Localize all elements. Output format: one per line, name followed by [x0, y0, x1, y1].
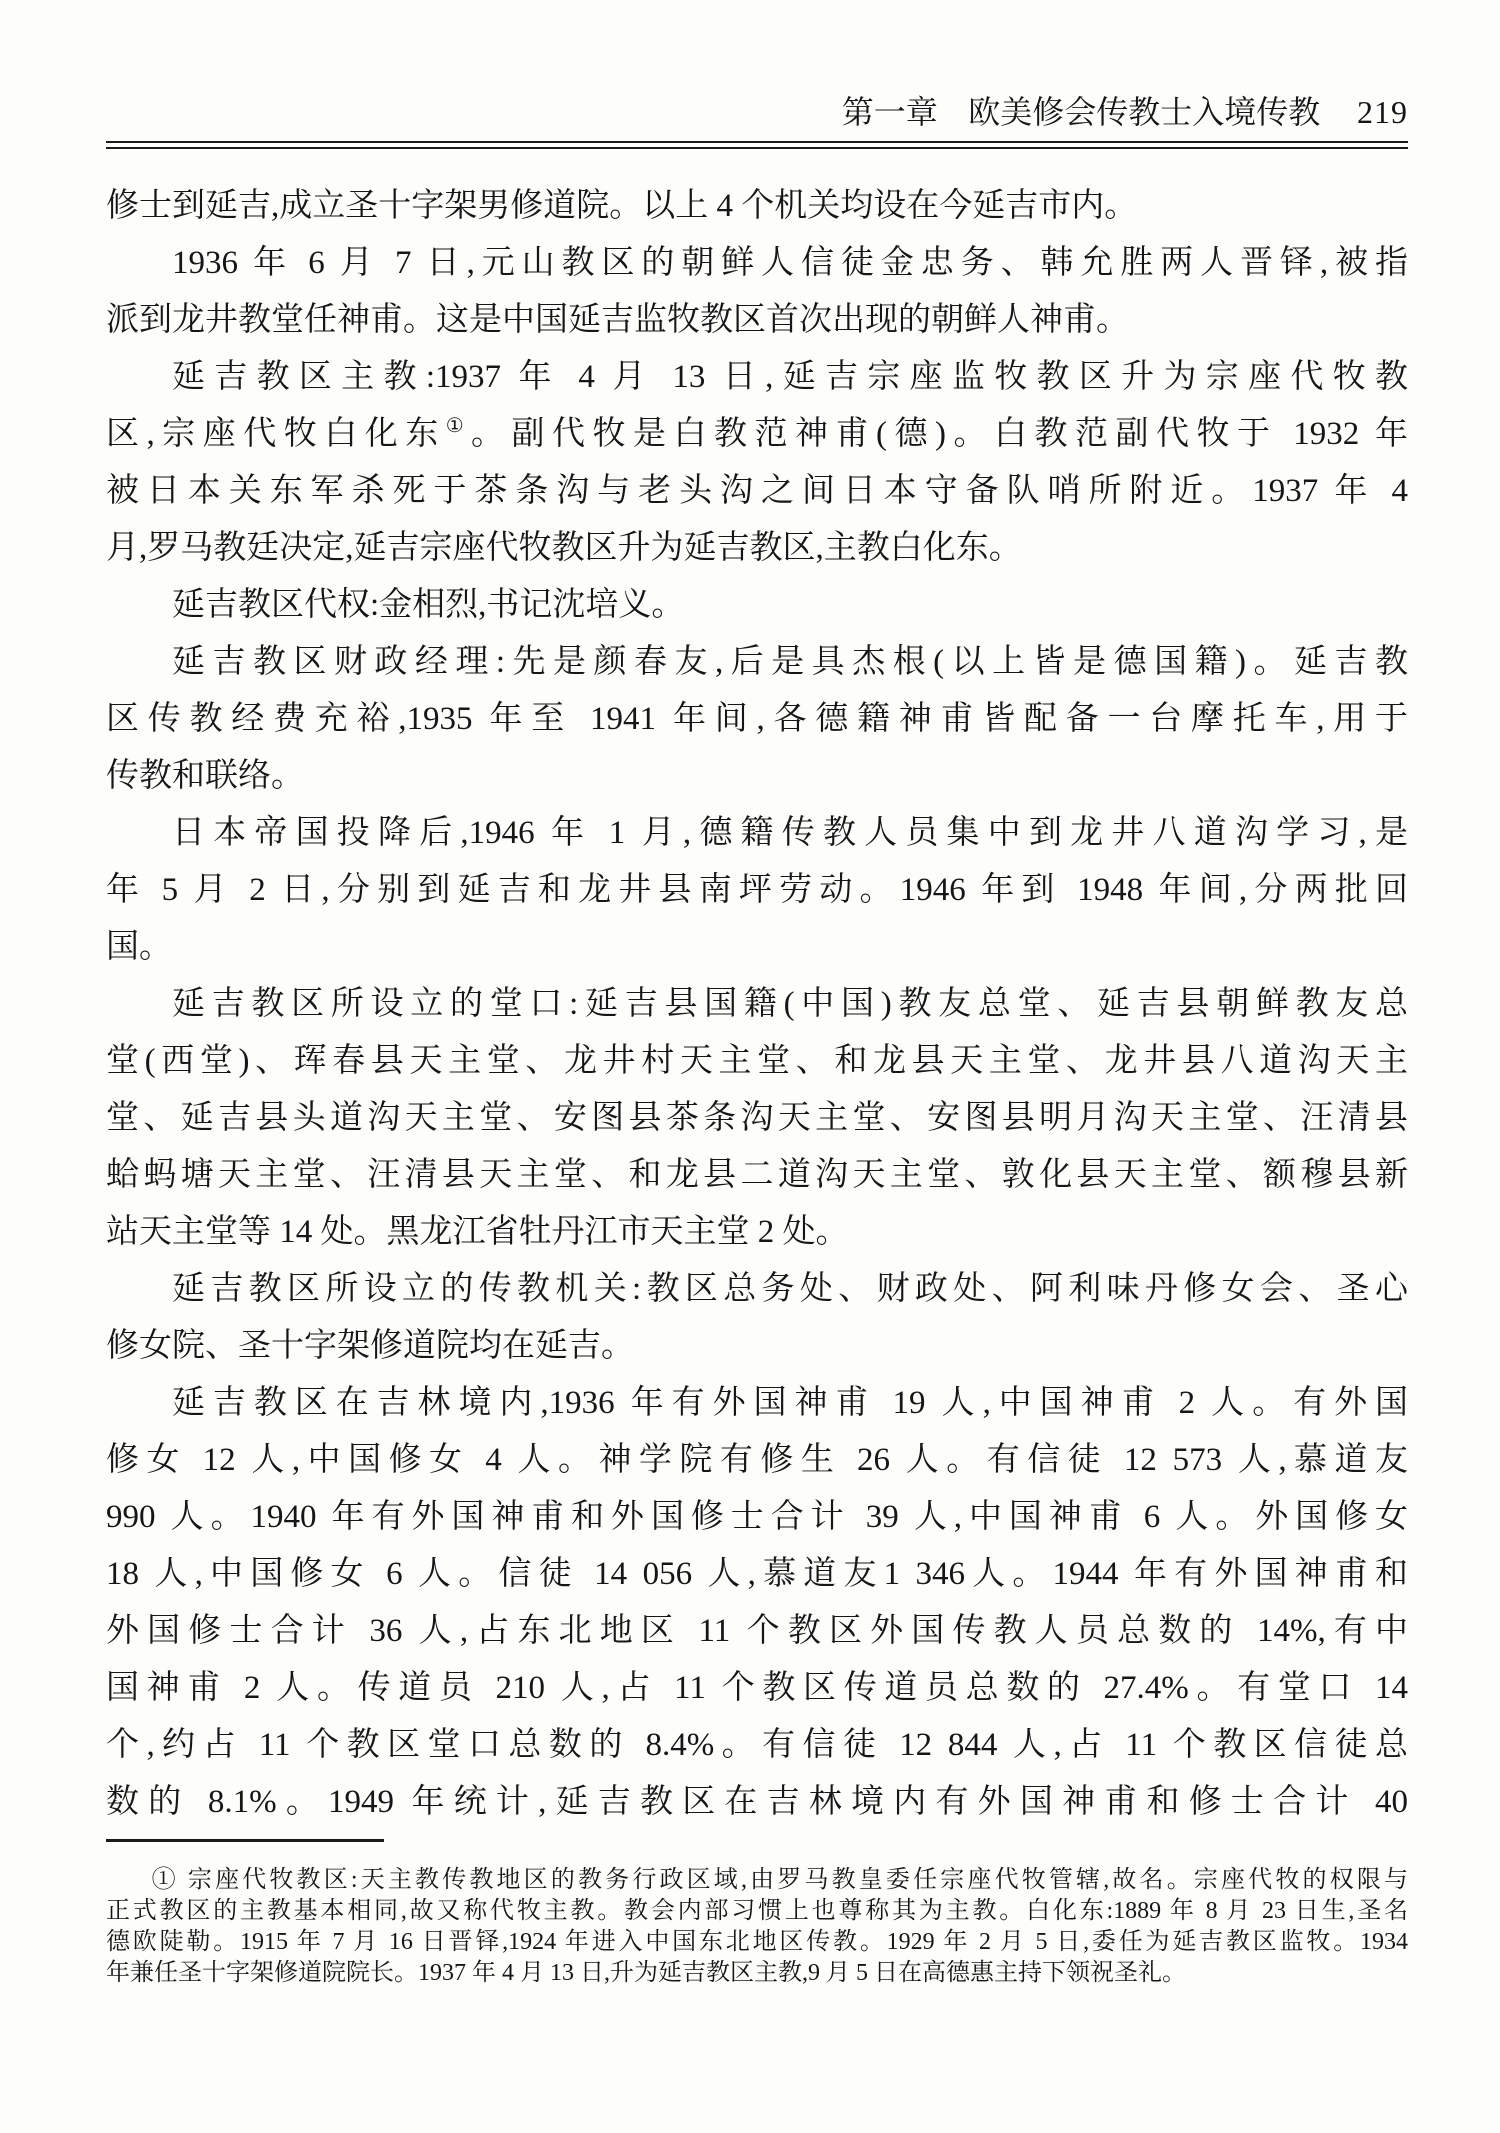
body-line: 修士到延吉,成立圣十字架男修道院。以上 4 个机关均设在今延吉市内。 [106, 178, 1408, 235]
page-number: 219 [1357, 94, 1408, 130]
body-line: 延吉教区财政经理:先是颜春友,后是具杰根(以上皆是德国籍)。延吉教 [106, 634, 1408, 691]
body-line: 区,宗座代牧白化东①。副代牧是白教范神甫(德)。白教范副代牧于 1932 年 [106, 406, 1408, 463]
body-line: 个,约占 11 个教区堂口总数的 8.4%。有信徒 12 844 人,占 11 … [106, 1717, 1408, 1774]
body-line: 国。 [106, 919, 1408, 976]
body-line: 修女院、圣十字架修道院均在延吉。 [106, 1318, 1408, 1375]
footnote-reference-marker: ① [446, 415, 471, 437]
running-header: 第一章欧美修会传教士入境传教219 [106, 0, 1408, 132]
body-line: 延吉教区所设立的传教机关:教区总务处、财政处、阿利味丹修女会、圣心 [106, 1261, 1408, 1318]
body-line: 堂(西堂)、珲春县天主堂、龙井村天主堂、和龙县天主堂、龙井县八道沟天主 [106, 1033, 1408, 1090]
body-line: 18 人,中国修女 6 人。信徒 14 056 人,慕道友1 346人。1944… [106, 1546, 1408, 1603]
body-line: 派到龙井教堂任神甫。这是中国延吉监牧教区首次出现的朝鲜人神甫。 [106, 292, 1408, 349]
body-line: 数的 8.1%。1949 年统计,延吉教区在吉林境内有外国神甫和修士合计 40 [106, 1774, 1408, 1831]
footnote-line: 年兼任圣十字架修道院院长。1937 年 4 月 13 日,升为延吉教区主教,9 … [106, 1958, 1408, 1989]
body-line: 外国修士合计 36 人,占东北地区 11 个教区外国传教人员总数的 14%,有中 [106, 1603, 1408, 1660]
body-line: 年 5 月 2 日,分别到延吉和龙井县南坪劳动。1946 年到 1948 年间,… [106, 862, 1408, 919]
header-rule [106, 141, 1408, 149]
body-line: 站天主堂等 14 处。黑龙江省牡丹江市天主堂 2 处。 [106, 1204, 1408, 1261]
body-line: 传教和联络。 [106, 748, 1408, 805]
footnote: ① 宗座代牧教区:天主教传教地区的教务行政区域,由罗马教皇委任宗座代牧管辖,故名… [106, 1865, 1408, 1989]
footnote-rule [106, 1839, 384, 1842]
body-line: 堂、延吉县头道沟天主堂、安图县茶条沟天主堂、安图县明月沟天主堂、汪清县 [106, 1090, 1408, 1147]
body-line: 日本帝国投降后,1946 年 1 月,德籍传教人员集中到龙井八道沟学习,是 [106, 805, 1408, 862]
body-line: 修女 12 人,中国修女 4 人。神学院有修生 26 人。有信徒 12 573 … [106, 1432, 1408, 1489]
body-line: 区传教经费充裕,1935 年至 1941 年间,各德籍神甫皆配备一台摩托车,用于 [106, 691, 1408, 748]
chapter-title: 欧美修会传教士入境传教 [968, 94, 1320, 130]
book-page: 第一章欧美修会传教士入境传教219 修士到延吉,成立圣十字架男修道院。以上 4 … [0, 0, 1500, 2133]
footnote-line: 德欧陡勒。1915 年 7 月 16 日晋铎,1924 年进入中国东北地区传教。… [106, 1927, 1408, 1958]
footnote-line: 正式教区的主教基本相同,故又称代牧主教。教会内部习惯上也尊称其为主教。白化东:1… [106, 1896, 1408, 1927]
body-line: 国神甫 2 人。传道员 210 人,占 11 个教区传道员总数的 27.4%。有… [106, 1660, 1408, 1717]
body-line: 延吉教区主教:1937 年 4 月 13 日,延吉宗座监牧教区升为宗座代牧教 [106, 349, 1408, 406]
body-line: 1936 年 6 月 7 日,元山教区的朝鲜人信徒金忠务、韩允胜两人晋铎,被指 [106, 235, 1408, 292]
body-line: 延吉教区在吉林境内,1936 年有外国神甫 19 人,中国神甫 2 人。有外国 [106, 1375, 1408, 1432]
body-line: 延吉教区所设立的堂口:延吉县国籍(中国)教友总堂、延吉县朝鲜教友总 [106, 976, 1408, 1033]
footnote-line: ① 宗座代牧教区:天主教传教地区的教务行政区域,由罗马教皇委任宗座代牧管辖,故名… [106, 1865, 1408, 1896]
body-line: 蛤蚂塘天主堂、汪清县天主堂、和龙县二道沟天主堂、敦化县天主堂、额穆县新 [106, 1147, 1408, 1204]
body-line: 990 人。1940 年有外国神甫和外国修士合计 39 人,中国神甫 6 人。外… [106, 1489, 1408, 1546]
body-line: 延吉教区代权:金相烈,书记沈培义。 [106, 577, 1408, 634]
body-line: 被日本关东军杀死于茶条沟与老头沟之间日本守备队哨所附近。1937 年 4 [106, 463, 1408, 520]
body-line: 月,罗马教廷决定,延吉宗座代牧教区升为延吉教区,主教白化东。 [106, 520, 1408, 577]
body-text: 修士到延吉,成立圣十字架男修道院。以上 4 个机关均设在今延吉市内。1936 年… [106, 178, 1408, 1831]
chapter-label: 第一章 [842, 94, 938, 130]
